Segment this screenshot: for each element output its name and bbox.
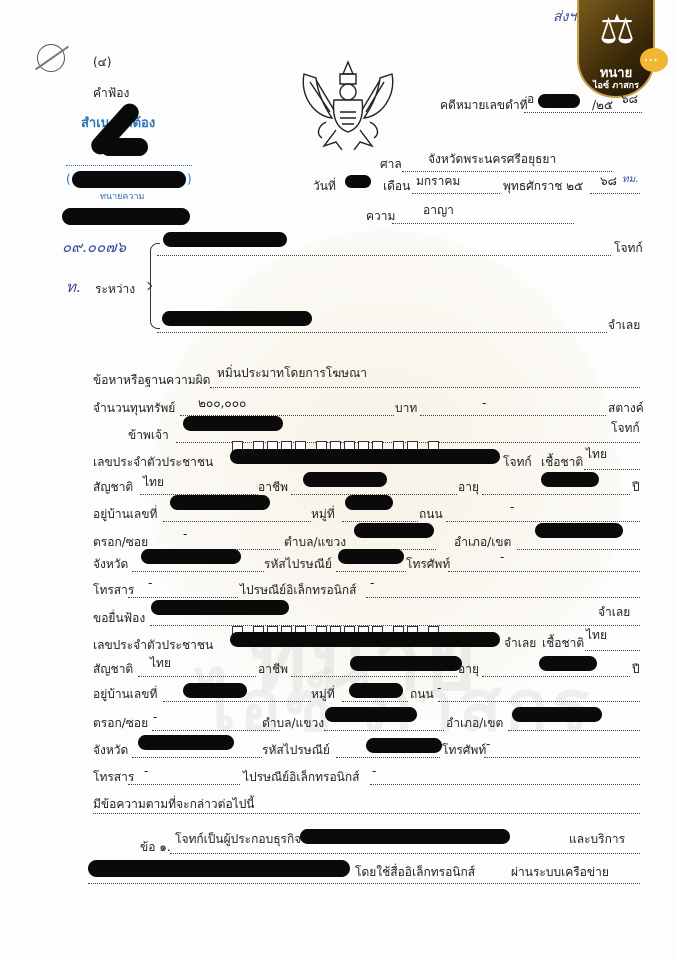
- claim-value: ๒๐๐,๐๐๐: [198, 396, 246, 410]
- plaintiff-email-value: -: [370, 576, 374, 590]
- plaintiff-moo-label: หมู่ที่: [311, 507, 335, 521]
- plaintiff-email-line: [366, 597, 640, 598]
- plaintiff-postcode-line: [336, 571, 406, 572]
- clause1-line-2: [88, 883, 640, 884]
- redacted-case-number: [538, 94, 580, 108]
- plaintiff-soi-value: -: [183, 527, 187, 541]
- defendant-line: [157, 332, 607, 333]
- form-title: คำฟ้อง: [93, 86, 129, 100]
- defendant-moo-line: [342, 701, 408, 702]
- plaintiff-id-role: โจทก์: [503, 455, 532, 469]
- redacted-plaintiff-province: [141, 549, 241, 564]
- defendant-soi-line: [152, 730, 280, 731]
- plaintiff-intro-role: โจทก์: [611, 421, 640, 435]
- plaintiff-intro-label: ข้าพเจ้า: [128, 428, 169, 442]
- garuda-emblem-icon: [296, 56, 400, 154]
- plaintiff-fax-line: [128, 597, 238, 598]
- defendant-house-line: [163, 701, 311, 702]
- plaintiff-province-line: [132, 571, 264, 572]
- plaintiff-province-label: จังหวัด: [93, 557, 128, 571]
- logo-line-2: ไอซ์ ภาสกร: [579, 78, 653, 92]
- line2-text: โดยใช้สื่ออิเล็กทรอนิกส์: [355, 865, 475, 879]
- redacted-defendant-age: [539, 656, 597, 671]
- defendant-race-label: เชื้อชาติ: [542, 636, 584, 650]
- plaintiff-road-value: -: [510, 500, 514, 514]
- plaintiff-postcode-label: รหัสไปรษณีย์: [264, 557, 332, 571]
- plaintiff-race-value: ไทย: [586, 447, 607, 461]
- defendant-moo-label: หมู่ที่: [311, 687, 335, 701]
- firm-logo: ⚖ ทนาย ไอซ์ ภาสกร: [577, 0, 655, 98]
- defendant-race-value: ไทย: [586, 628, 607, 642]
- plaintiff-age-unit: ปี: [632, 480, 640, 494]
- redacted-defendant-house: [183, 683, 247, 698]
- handwritten-phone: ๐๙.๐๐๗๖: [62, 235, 126, 259]
- charge-label: ข้อหาหรือฐานความผิด: [93, 373, 210, 387]
- redacted-plaintiff-full-name: [183, 416, 283, 431]
- plaintiff-age-label: อายุ: [458, 480, 479, 494]
- defendant-province-line: [132, 757, 262, 758]
- defendant-road-value: -: [437, 681, 441, 695]
- redacted-plaintiff-district: [535, 523, 623, 538]
- line2-tail: ผ่านระบบเครือข่าย: [511, 865, 609, 879]
- redacted-defendant-name: [162, 311, 312, 326]
- redacted-day: [345, 175, 371, 188]
- matter-label: ความ: [366, 209, 395, 223]
- defendant-occupation-label: อาชีพ: [258, 662, 288, 676]
- defendant-postcode-line: [336, 757, 440, 758]
- defendant-occupation-line: [291, 676, 457, 677]
- matter-line: [392, 223, 574, 224]
- defendant-soi-value: -: [153, 710, 157, 724]
- clause1-label: ข้อ ๑.: [140, 840, 171, 854]
- plaintiff-fax-value: -: [148, 576, 152, 590]
- body-intro-line: [93, 813, 640, 814]
- redacted-plaintiff-occupation: [303, 472, 387, 487]
- redacted-plaintiff-id: [230, 449, 500, 464]
- scales-of-justice-icon: ⚖: [593, 6, 641, 54]
- plaintiff-phone-value: -: [500, 550, 504, 564]
- defendant-fax-label: โทรสาร: [93, 770, 134, 784]
- charge-line: [210, 387, 640, 388]
- redacted-plaintiff-name: [163, 232, 287, 247]
- plaintiff-fax-label: โทรสาร: [93, 583, 134, 597]
- defendant-nationality-label: สัญชาติ: [93, 662, 133, 676]
- defendant-district-label: อำเภอ/เขต: [446, 716, 503, 730]
- plaintiff-house-line: [163, 521, 311, 522]
- case-number-year: ๖๘: [621, 92, 638, 106]
- between-label: ระหว่าง: [95, 282, 135, 296]
- plaintiff-race-line: [584, 469, 640, 470]
- plaintiff-house-label: อยู่บ้านเลขที่: [93, 507, 157, 521]
- defendant-postcode-label: รหัสไปรษณีย์: [262, 743, 330, 757]
- clause1-line: [170, 853, 640, 854]
- redacted-defendant-subdistrict: [325, 707, 417, 722]
- redacted-lawyer-name: [72, 171, 186, 188]
- plaintiff-road-label: ถนน: [419, 507, 443, 521]
- plaintiff-occupation-label: อาชีพ: [258, 480, 288, 494]
- defendant-phone-label: โทรศัพท์: [442, 743, 486, 757]
- defendant-nationality-line: [138, 676, 256, 677]
- redacted-defendant-postcode: [366, 738, 442, 753]
- redacted-defendant-full-name: [151, 600, 289, 615]
- clause1-tail: และบริการ: [569, 832, 625, 846]
- defendant-phone-value: -: [486, 737, 490, 751]
- redacted-plaintiff-subdistrict: [354, 523, 434, 538]
- defendant-nationality-value: ไทย: [150, 656, 171, 670]
- plaintiff-line: [157, 255, 611, 256]
- defendant-role: จำเลย: [608, 318, 640, 332]
- redacted-plaintiff-postcode: [338, 549, 404, 564]
- plaintiff-moo-line: [342, 521, 418, 522]
- defendant-fax-line: [128, 784, 240, 785]
- satang-label: สตางค์: [608, 401, 644, 415]
- month-value: มกราคม: [416, 174, 460, 188]
- paren-close: ): [187, 172, 192, 186]
- defendant-subdistrict-label: ตำบล/แขวง: [262, 716, 324, 730]
- plaintiff-district-label: อำเภอ/เขต: [454, 535, 511, 549]
- defendant-email-line: [370, 784, 640, 785]
- plaintiff-race-label: เชื้อชาติ: [541, 455, 583, 469]
- court-line: [402, 171, 612, 172]
- clause1-text: โจทก์เป็นผู้ประกอบธุรกิจ: [175, 832, 301, 846]
- plaintiff-role: โจทก์: [614, 241, 643, 255]
- satang-line: [420, 415, 606, 416]
- body-intro: มีข้อความตามที่จะกล่าวต่อไปนี้: [93, 797, 255, 811]
- plaintiff-soi-label: ตรอก/ซอย: [93, 535, 148, 549]
- plaintiff-nationality-value: ไทย: [143, 475, 164, 489]
- case-number-line: [524, 112, 642, 113]
- redacted-plaintiff-age: [541, 472, 599, 487]
- redacted-defendant-district: [512, 707, 602, 722]
- case-number-prefix: อ: [527, 92, 534, 106]
- satang-value: -: [482, 396, 486, 410]
- plaintiff-age-line: [482, 494, 630, 495]
- defendant-subdistrict-line: [324, 730, 444, 731]
- defendant-id-label: เลขประจำตัวประชาชน: [93, 638, 213, 652]
- defendant-soi-label: ตรอก/ซอย: [93, 716, 148, 730]
- defendant-phone-line: [484, 757, 640, 758]
- matter-value: อาญา: [423, 203, 454, 217]
- stamp-line: [66, 165, 192, 166]
- case-number-label: คดีหมายเลขดำที่: [440, 98, 528, 112]
- redacted-service-details: [88, 860, 350, 877]
- redacted-defendant-occupation: [350, 656, 462, 671]
- lawyer-label: ทนายความ: [100, 190, 144, 204]
- redacted-plaintiff-house: [170, 495, 270, 510]
- plaintiff-nationality-label: สัญชาติ: [93, 480, 133, 494]
- defendant-road-line: [438, 701, 640, 702]
- claim-label: จำนวนทุนทรัพย์: [93, 401, 175, 415]
- defendant-email-label: ไปรษณีย์อิเล็กทรอนิกส์: [243, 770, 359, 784]
- month-label: เดือน: [383, 179, 410, 193]
- defendant-house-label: อยู่บ้านเลขที่: [93, 687, 157, 701]
- year-label: พุทธศักราช ๒๕: [503, 179, 583, 193]
- chat-dots: ...: [644, 55, 664, 63]
- case-number-year-sep: /๒๕: [592, 98, 613, 112]
- plaintiff-phone-label: โทรศัพท์: [406, 557, 450, 571]
- redacted-business-type: [300, 829, 510, 844]
- court-value: จังหวัดพระนครศรีอยุธยา: [428, 152, 556, 166]
- plaintiff-road-line: [446, 521, 640, 522]
- plaintiff-email-label: ไปรษณีย์อิเล็กทรอนิกส์: [240, 583, 356, 597]
- redacted-plaintiff-moo: [345, 495, 393, 510]
- defendant-age-line: [482, 676, 630, 677]
- plaintiff-subdistrict-label: ตำบล/แขวง: [284, 535, 346, 549]
- year-value: ๖๘: [600, 174, 617, 188]
- redacted-signature-2: [100, 138, 148, 156]
- handwritten-initial: ท.: [66, 275, 81, 299]
- defendant-intro-label: ขอยื่นฟ้อง: [93, 611, 145, 625]
- defendant-intro-role: จำเลย: [598, 605, 630, 619]
- month-line: [412, 193, 500, 194]
- defendant-fax-value: -: [144, 764, 148, 778]
- redacted-defendant-province: [138, 735, 234, 750]
- defendant-id-role: จำเลย: [504, 636, 536, 650]
- date-label: วันที่: [313, 179, 336, 193]
- defendant-district-line: [508, 730, 640, 731]
- defendant-age-unit: ปี: [632, 662, 640, 676]
- paren-open: (: [66, 172, 71, 186]
- plaintiff-district-line: [517, 549, 640, 550]
- defendant-email-value: -: [372, 764, 376, 778]
- redacted-defendant-moo: [349, 683, 403, 698]
- charge-value: หมิ่นประมาทโดยการโฆษณา: [217, 366, 367, 380]
- plaintiff-id-label: เลขประจำตัวประชาชน: [93, 455, 213, 469]
- plaintiff-phone-line: [448, 571, 640, 572]
- defendant-age-label: อายุ: [458, 662, 479, 676]
- baht-label: บาท: [395, 401, 417, 415]
- redacted-defendant-id: [230, 632, 500, 647]
- court-label: ศาล: [380, 157, 402, 171]
- defendant-province-label: จังหวัด: [93, 743, 128, 757]
- complaint-form-page: ทนาย ไอซ์ ภาสกร (๔) คำฟ้อง สำเนาถูกต้อง …: [0, 0, 677, 960]
- handwritten-mark: ทม.: [622, 172, 638, 187]
- form-number: (๔): [93, 55, 111, 69]
- year-line: [590, 193, 640, 194]
- defendant-race-line: [585, 650, 640, 651]
- defendant-road-label: ถนน: [410, 687, 434, 701]
- redacted-handwriting: [62, 208, 190, 225]
